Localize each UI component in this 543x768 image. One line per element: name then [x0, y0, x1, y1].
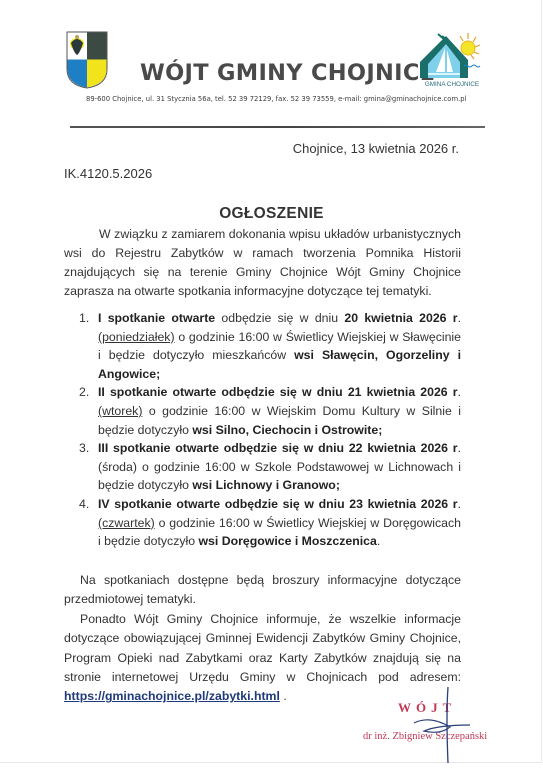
meeting-villages: wsi Lichnowy i Granowo; — [192, 478, 340, 492]
meeting-weekday: (poniedziałek) — [98, 330, 175, 344]
meeting-heading: III spotkanie otwarte odbędzie się w dni… — [98, 441, 458, 455]
meeting-heading: I spotkanie otwarte — [98, 311, 215, 325]
info-paragraph: Ponadto Wójt Gminy Chojnice informuje, ż… — [64, 610, 461, 707]
document-title: OGŁOSZENIE — [0, 205, 543, 223]
meeting-heading: II spotkanie otwarte odbędzie się w dniu… — [98, 385, 458, 399]
meeting-weekday: (czwartek) — [98, 516, 155, 530]
meeting-villages: wsi Doręgowice i Moszczenica — [198, 534, 376, 548]
meeting-item: 1.I spotkanie otwarte odbędzie się w dni… — [64, 309, 461, 383]
meeting-number: 1. — [79, 309, 89, 328]
document-date: Chojnice, 13 kwietnia 2026 r. — [293, 141, 459, 156]
reference-number: IK.4120.5.2026 — [64, 166, 152, 181]
signature-stamp-title: WÓJT — [398, 700, 456, 716]
document-page: WÓJT GMINY CHOJNICE GMINA CHOJNICE 89-60… — [0, 0, 542, 763]
closing-section: Na spotkaniach dostępne będą broszury in… — [64, 571, 461, 707]
letterhead-title: WÓJT GMINY CHOJNICE — [140, 60, 435, 86]
header-divider — [70, 126, 485, 128]
meeting-heading: IV spotkanie otwarte odbędzie się w dniu… — [98, 497, 458, 511]
meeting-number: 4. — [79, 495, 89, 514]
letterhead-contact: 89-600 Chojnice, ul. 31 Stycznia 56a, te… — [86, 95, 466, 103]
signature-stamp-name: dr inż. Zbigniew Szczepański — [363, 731, 487, 742]
meetings-list: 1.I spotkanie otwarte odbędzie się w dni… — [64, 309, 461, 551]
meeting-item: 3.III spotkanie otwarte odbędzie się w d… — [64, 439, 461, 495]
coat-of-arms-icon — [66, 31, 108, 89]
meeting-villages: wsi Silno, Ciechocin i Ostrowite; — [192, 423, 382, 437]
meeting-weekday: (wtorek) — [98, 404, 142, 418]
gmina-logo-icon: GMINA CHOJNICE — [418, 30, 486, 88]
meeting-item: 4.IV spotkanie otwarte odbędzie się w dn… — [64, 495, 461, 551]
intro-paragraph: W związku z zamiarem dokonania wpisu ukł… — [64, 225, 461, 301]
logo-caption: GMINA CHOJNICE — [425, 81, 479, 88]
meeting-number: 2. — [79, 383, 89, 402]
meeting-item: 2.II spotkanie otwarte odbędzie się w dn… — [64, 383, 461, 439]
brochures-paragraph: Na spotkaniach dostępne będą broszury in… — [64, 571, 461, 610]
heritage-page-link[interactable]: https://gminachojnice.pl/zabytki.html — [64, 689, 280, 703]
meeting-date: 20 kwietnia 2026 r — [344, 311, 457, 325]
meeting-weekday: (środa) — [98, 460, 137, 474]
meeting-number: 3. — [79, 439, 89, 458]
